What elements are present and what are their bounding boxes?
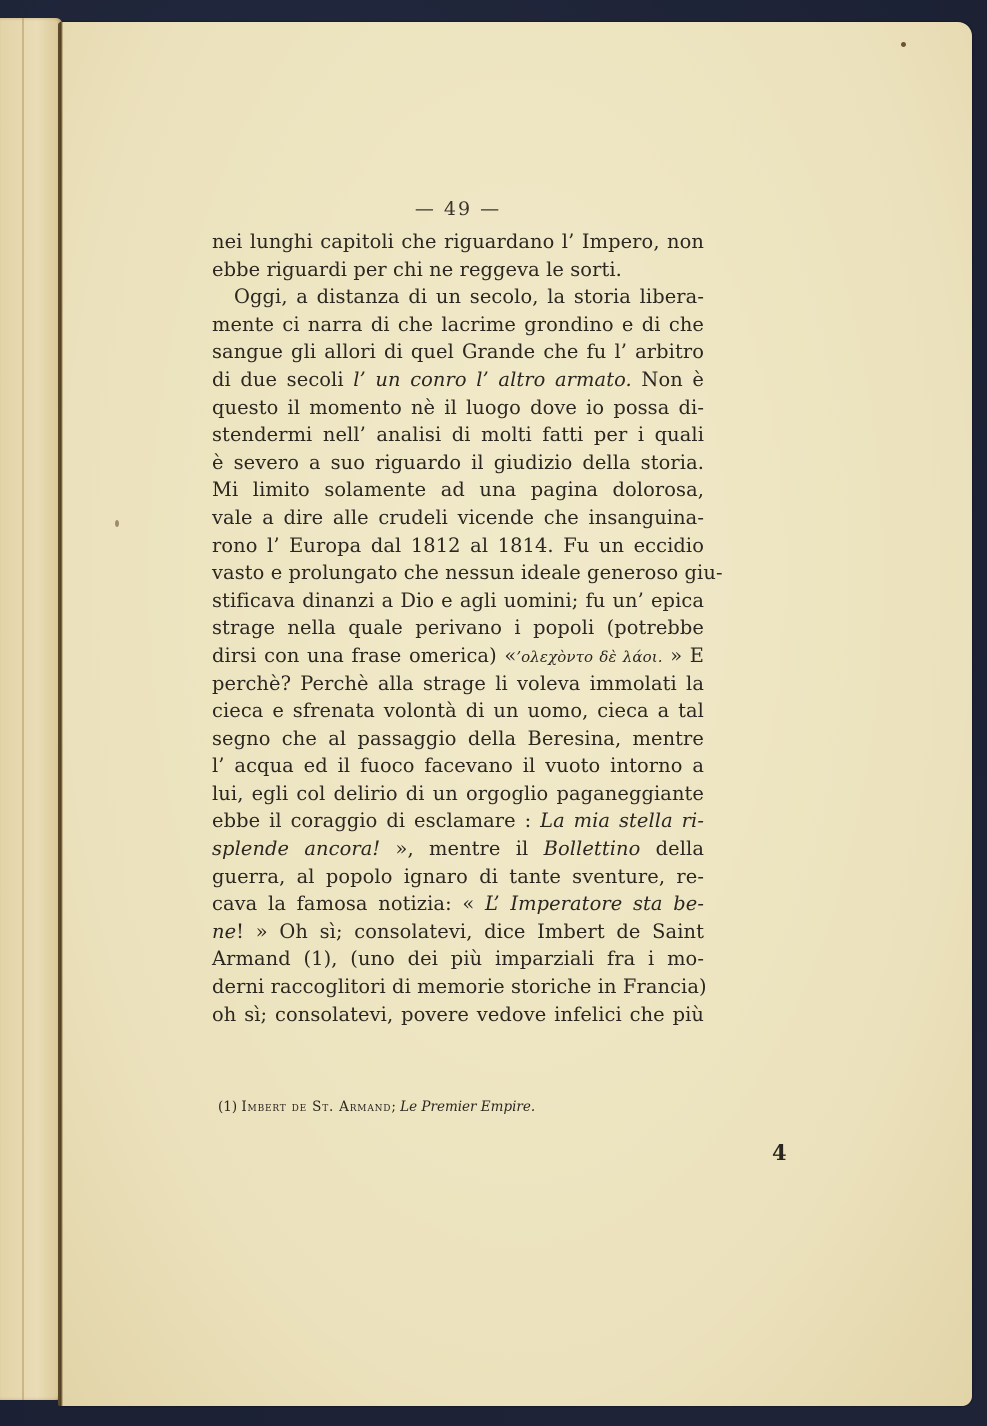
body-text: nei lunghi capitoli che riguardano l’ Im… — [212, 228, 704, 1028]
text-span: della — [640, 837, 704, 860]
facing-page-fold — [22, 18, 24, 1400]
italic-quote: ne — [212, 920, 236, 943]
facing-page-edge — [0, 18, 62, 1400]
text-line: l’ acqua ed il fuoco facevano il vuoto i… — [212, 752, 704, 780]
page-gutter — [60, 22, 63, 1406]
text-line: stificava dinanzi a Dio e agli uomini; f… — [212, 587, 704, 615]
text-line: ne! » Oh sì; consolatevi, dice Imbert de… — [212, 918, 704, 946]
footnote-author: Imbert de St. Armand — [241, 1099, 391, 1115]
text-line: stendermi nell’ analisi di molti fatti p… — [212, 421, 704, 449]
text-span: » E — [663, 644, 704, 667]
text-line: Oggi, a distanza di un secolo, la storia… — [212, 283, 704, 311]
running-head: — 49 — — [212, 198, 704, 220]
italic-quote: L’ Imperatore sta be- — [485, 892, 704, 915]
paper-speck — [901, 42, 906, 47]
footnote-marker: (1) — [218, 1099, 237, 1115]
text-line: Mi limito solamente ad una pagina doloro… — [212, 476, 704, 504]
text-span: Non è — [632, 368, 704, 391]
italic-quote: l’ un conro l’ altro armato. — [353, 368, 632, 391]
text-line: rono l’ Europa dal 1812 al 1814. Fu un e… — [212, 532, 704, 560]
text-line: ebbe riguardi per chi ne reggeva le sort… — [212, 256, 704, 284]
text-span: », mentre il — [380, 837, 543, 860]
italic-quote: splende ancora! — [212, 837, 380, 860]
text-line: è severo a suo riguardo il giudizio dell… — [212, 449, 704, 477]
text-line: segno che al passaggio della Beresina, m… — [212, 725, 704, 753]
text-line: splende ancora! », mentre il Bollettino … — [212, 835, 704, 863]
signature-mark: 4 — [772, 1140, 787, 1165]
footnote-separator: ; — [391, 1099, 396, 1115]
text-line: mente ci narra di che lacrime grondino e… — [212, 311, 704, 339]
text-line: dirsi con una frase omerica) «’ολεχὸντο … — [212, 642, 704, 670]
text-line: vale a dire alle crudeli vicende che ins… — [212, 504, 704, 532]
text-line: sangue gli allori di quel Grande che fu … — [212, 338, 704, 366]
text-span: ! » Oh sì; consolatevi, dice Imbert de S… — [236, 920, 704, 943]
text-line: Armand (1), (uno dei più imparziali fra … — [212, 945, 704, 973]
text-span: di due secoli — [212, 368, 353, 391]
text-line: derni raccoglitori di memorie storiche i… — [212, 973, 704, 1001]
text-line: lui, egli col delirio di un orgoglio pag… — [212, 780, 704, 808]
text-line: di due secoli l’ un conro l’ altro armat… — [212, 366, 704, 394]
greek-quote: ’ολεχὸντο δὲ λάοι. — [516, 648, 662, 666]
text-line: strage nella quale perivano i popoli (po… — [212, 614, 704, 642]
paper-speck — [115, 520, 119, 527]
text-line: vasto e prolungato che nessun ideale gen… — [212, 559, 704, 587]
text-line: guerra, al popolo ignaro di tante sventu… — [212, 863, 704, 891]
footnote-title: Le Premier Empire. — [400, 1099, 535, 1115]
text-span: ebbe il coraggio di esclamare : — [212, 809, 540, 832]
text-span: cava la famosa notizia: « — [212, 892, 485, 915]
text-line: cava la famosa notizia: « L’ Imperatore … — [212, 890, 704, 918]
book-page: — 49 — nei lunghi capitoli che riguardan… — [60, 22, 972, 1406]
italic-quote: La mia stella ri- — [540, 809, 704, 832]
footnote: (1) Imbert de St. Armand; Le Premier Emp… — [218, 1099, 535, 1115]
text-line: questo il momento nè il luogo dove io po… — [212, 394, 704, 422]
text-line: oh sì; consolatevi, povere vedove infeli… — [212, 1001, 704, 1029]
text-line: perchè? Perchè alla strage li voleva imm… — [212, 670, 704, 698]
text-line: ebbe il coraggio di esclamare : La mia s… — [212, 807, 704, 835]
italic-title: Bollettino — [544, 837, 641, 860]
text-line: nei lunghi capitoli che riguardano l’ Im… — [212, 228, 704, 256]
text-line: cieca e sfrenata volontà di un uomo, cie… — [212, 697, 704, 725]
text-span: dirsi con una frase omerica) « — [212, 644, 516, 667]
